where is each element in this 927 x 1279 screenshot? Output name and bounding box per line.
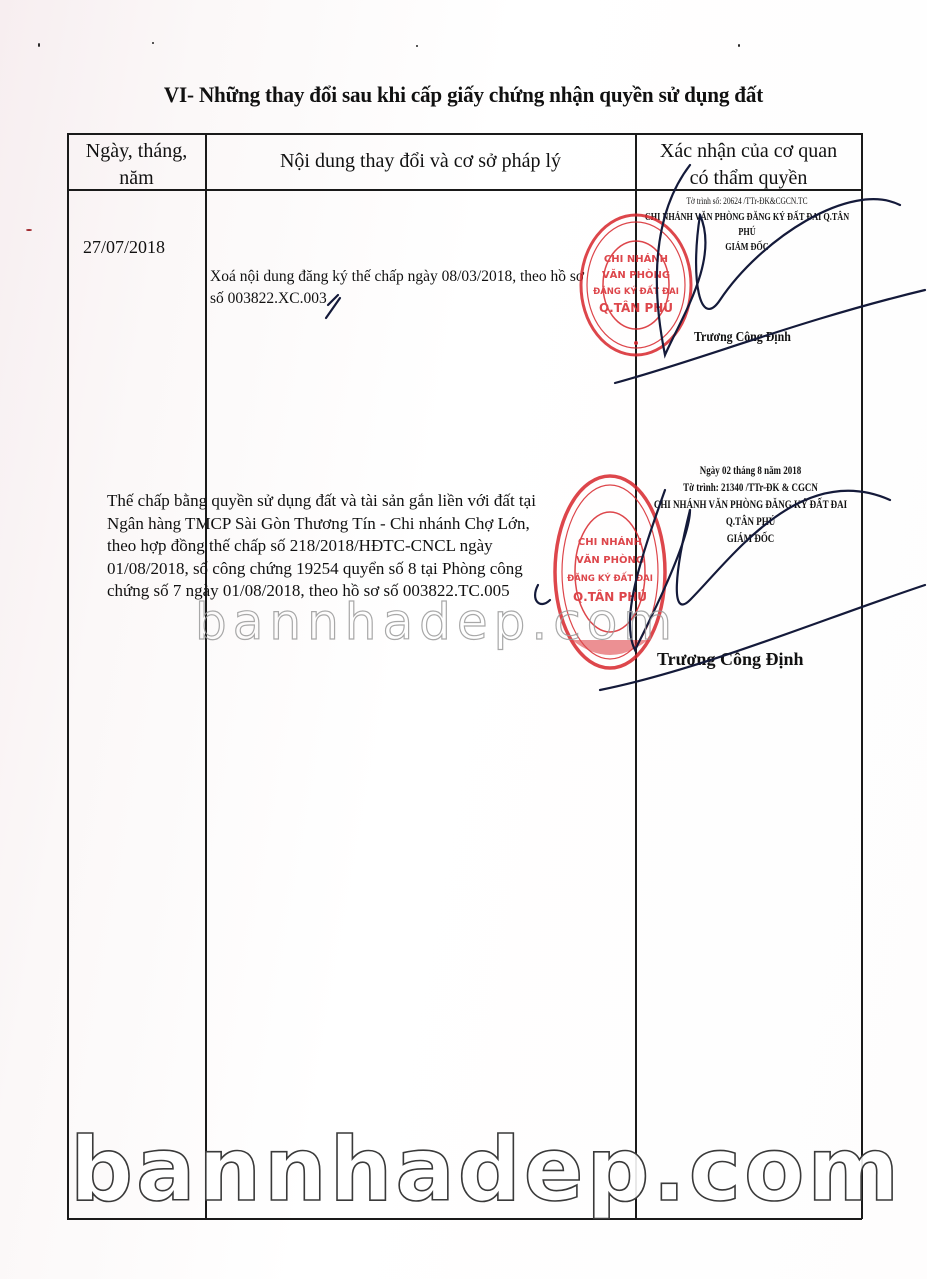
section-title: VI- Những thay đổi sau khi cấp giấy chứn…	[19, 82, 909, 108]
header-confirm-line1: Xác nhận của cơ quan	[636, 138, 861, 165]
official-stamp-icon: CHI NHÁNH VĂN PHÒNG ĐĂNG KÝ ĐẤT ĐAI Q.TÂ…	[578, 210, 696, 360]
table-right-border	[861, 133, 863, 1219]
row2-office: CHI NHÁNH VĂN PHÒNG ĐĂNG KÝ ĐẤT ĐAI Q.TÂ…	[639, 497, 861, 531]
speck	[416, 45, 418, 47]
speck	[738, 44, 740, 47]
svg-text:VĂN PHÒNG: VĂN PHÒNG	[602, 268, 670, 281]
speck	[38, 43, 40, 47]
header-date-line2: năm	[68, 165, 205, 192]
watermark-middle: bannhadep.com	[195, 593, 678, 651]
table-left-border	[67, 133, 69, 1219]
row2-signer: Trương Công Định	[657, 649, 803, 670]
row2-position: GIÁM ĐỐC	[639, 531, 861, 548]
speck	[152, 42, 154, 44]
row1-report-no: Tờ trình số: 20624 /TTr-ĐK&CGCN.TC	[642, 195, 853, 210]
svg-text:CHI NHÁNH: CHI NHÁNH	[604, 252, 668, 265]
row1-content: Xoá nội dung đăng ký thế chấp ngày 08/03…	[210, 266, 584, 310]
row2-confirmation: Ngày 02 tháng 8 năm 2018 Tờ trình: 21340…	[639, 463, 861, 548]
row1-signer: Trương Công Định	[694, 330, 791, 346]
speck	[26, 229, 32, 231]
table-top-border	[67, 133, 862, 135]
row2-date-line: Ngày 02 tháng 8 năm 2018	[639, 463, 861, 480]
svg-text:CHI NHÁNH: CHI NHÁNH	[578, 535, 642, 548]
header-confirm-line2: có thẩm quyền	[636, 165, 861, 192]
row1-date: 27/07/2018	[83, 237, 165, 258]
column-divider-1	[205, 133, 207, 1219]
svg-text:ĐĂNG KÝ ĐẤT ĐAI: ĐĂNG KÝ ĐẤT ĐAI	[593, 284, 679, 297]
row2-content-line4: 01/08/2018, số công chứng 19254 quyển số…	[107, 558, 536, 581]
row1-content-line2: số 003822.XC.003	[210, 288, 584, 310]
watermark-bottom: bannhadep.com	[70, 1118, 902, 1221]
header-content: Nội dung thay đổi và cơ sở pháp lý	[206, 148, 635, 175]
row2-content-line3: theo hợp đồng thế chấp số 218/2018/HĐTC-…	[107, 535, 536, 558]
svg-text:Q.TÂN PHÚ: Q.TÂN PHÚ	[599, 300, 673, 315]
row2-content-line1: Thế chấp bằng quyền sử dụng đất và tài s…	[107, 490, 536, 513]
header-date: Ngày, tháng, năm	[68, 138, 205, 192]
svg-text:VĂN PHÒNG: VĂN PHÒNG	[576, 553, 644, 566]
row1-content-line1: Xoá nội dung đăng ký thế chấp ngày 08/03…	[210, 266, 584, 288]
row2-content: Thế chấp bằng quyền sử dụng đất và tài s…	[107, 490, 536, 603]
row2-report-no: Tờ trình: 21340 /TTr-ĐK & CGCN	[639, 480, 861, 497]
svg-text:ĐĂNG KÝ ĐẤT ĐAI: ĐĂNG KÝ ĐẤT ĐAI	[567, 571, 653, 584]
row2-content-line2: Ngân hàng TMCP Sài Gòn Thương Tín - Chi …	[107, 513, 536, 536]
header-confirmation: Xác nhận của cơ quan có thẩm quyền	[636, 138, 861, 192]
header-date-line1: Ngày, tháng,	[68, 138, 205, 165]
